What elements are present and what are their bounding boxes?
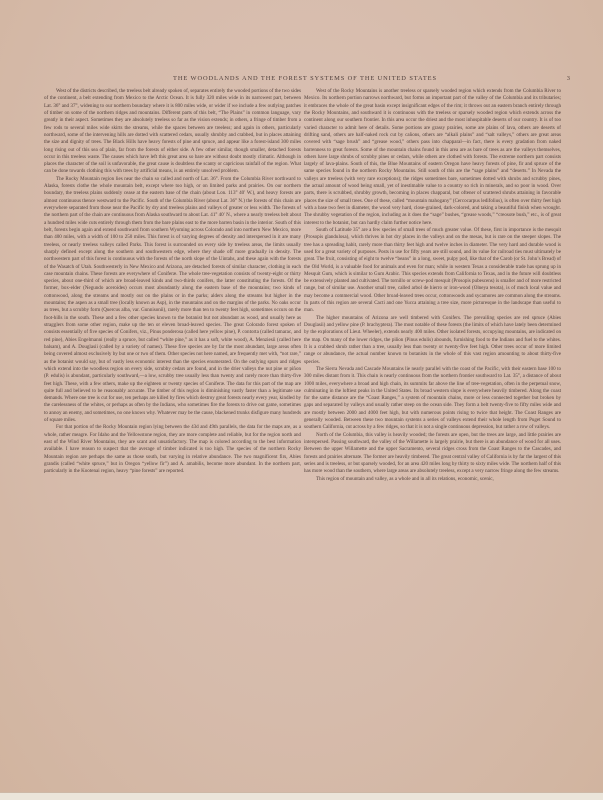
page-header: THE WOODLANDS AND THE FOREST SYSTEMS OF … — [40, 75, 570, 87]
paragraph: The Sierra Nevada and Cascade Mountains … — [304, 366, 561, 432]
paragraph: North of the Columbia, this valley is he… — [304, 432, 561, 476]
page-number: 3 — [567, 75, 570, 82]
paragraph: This region of mountain and valley, as a… — [304, 476, 561, 483]
page-edge — [0, 792, 603, 800]
paragraph: West of the districts described, the tre… — [44, 88, 301, 176]
left-column: West of the districts described, the tre… — [44, 88, 301, 476]
paragraph: The higher mountains of Arizona are well… — [304, 315, 561, 366]
paragraph: For that portion of the Rocky Mountain r… — [44, 424, 301, 475]
right-column: West of the Rocky Mountains is another t… — [304, 88, 561, 483]
paragraph: South of Latitude 35° are a few species … — [304, 227, 561, 315]
book-page: THE WOODLANDS AND THE FOREST SYSTEMS OF … — [0, 0, 603, 792]
running-title: THE WOODLANDS AND THE FOREST SYSTEMS OF … — [40, 75, 570, 82]
paragraph: The Rocky Mountain region lies near the … — [44, 176, 301, 425]
paragraph: West of the Rocky Mountains is another t… — [304, 88, 561, 227]
